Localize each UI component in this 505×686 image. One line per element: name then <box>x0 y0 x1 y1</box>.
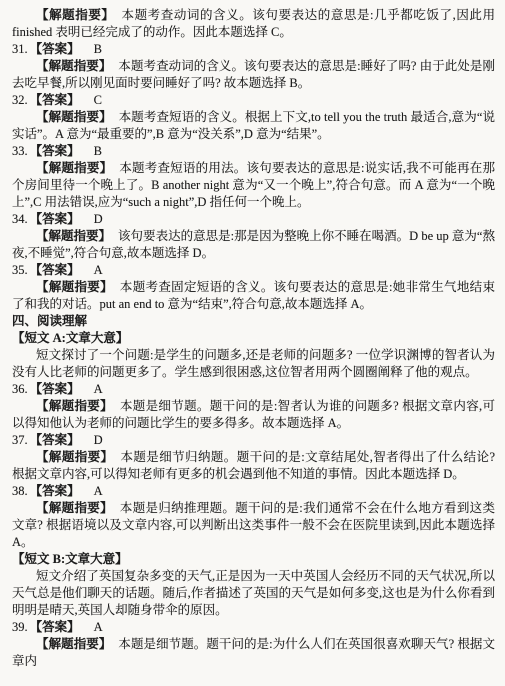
explanation-label: 【解题指要】 <box>36 8 115 22</box>
explanation-paragraph: 【解题指要】本题考查短语的含义。根据上下文,to tell you the tr… <box>12 109 495 143</box>
answer-label: 【答案】 <box>30 212 80 226</box>
explanation-label: 【解题指要】 <box>36 280 113 294</box>
explanation-label: 【解题指要】 <box>36 501 113 515</box>
section-heading: 四、阅读理解 <box>12 313 495 330</box>
answer-label: 【答案】 <box>30 620 80 634</box>
explanation-paragraph: 【解题指要】本题是细节题。题干问的是:智者认为谁的问题多? 根据文章内容,可以得… <box>12 398 495 432</box>
answer-letter: D <box>94 433 103 447</box>
explanation-label: 【解题指要】 <box>36 59 111 73</box>
explanation-paragraph: 【解题指要】该句要表达的意思是:那是因为整晚上你不睡在喝酒。D be up 意为… <box>12 228 495 262</box>
answer-number: 36. <box>12 382 28 396</box>
answer-line: 38.【答案】A <box>12 483 495 500</box>
answer-letter: B <box>94 42 102 56</box>
explanation-label: 【解题指要】 <box>36 450 113 464</box>
passage-a-heading: 【短文 A:文章大意】 <box>12 330 495 347</box>
explanation-paragraph: 【解题指要】本题是归纳推理题。题干问的是:我们通常不会在什么地方看到这类文章? … <box>12 500 495 551</box>
explanation-paragraph: 【解题指要】本题是细节题。题干问的是:为什么人们在英国很喜欢聊天气? 根据文章内 <box>12 636 495 670</box>
answer-letter: D <box>94 212 103 226</box>
answer-label: 【答案】 <box>30 144 80 158</box>
explanation-paragraph: 【解题指要】本题考查短语的用法。该句要表达的意思是:说实话,我不可能再在那个房间… <box>12 160 495 211</box>
answer-number: 31. <box>12 42 28 56</box>
answer-number: 34. <box>12 212 28 226</box>
explanation-paragraph: 【解题指要】本题考查固定短语的含义。该句要表达的意思是:她非常生气地结束了和我的… <box>12 279 495 313</box>
answer-letter: A <box>94 263 103 277</box>
passage-b-heading: 【短文 B:文章大意】 <box>12 551 495 568</box>
answer-line: 32.【答案】C <box>12 92 495 109</box>
answer-label: 【答案】 <box>30 42 80 56</box>
explanation-label: 【解题指要】 <box>36 637 111 651</box>
answer-number: 33. <box>12 144 28 158</box>
passage-b-summary: 短文介绍了英国复杂多变的天气,正是因为一天中英国人会经历不同的天气状况,所以天气… <box>12 568 495 619</box>
answer-number: 35. <box>12 263 28 277</box>
explanation-label: 【解题指要】 <box>36 399 113 413</box>
answer-line: 31.【答案】B <box>12 41 495 58</box>
answer-label: 【答案】 <box>30 93 80 107</box>
answer-label: 【答案】 <box>30 382 80 396</box>
answer-letter: A <box>94 620 103 634</box>
passage-a-summary: 短文探讨了一个问题:是学生的问题多,还是老师的问题多? 一位学识渊博的智者认为没… <box>12 347 495 381</box>
answer-number: 32. <box>12 93 28 107</box>
answer-number: 37. <box>12 433 28 447</box>
answer-line: 35.【答案】A <box>12 262 495 279</box>
summary-text: 短文介绍了英国复杂多变的天气,正是因为一天中英国人会经历不同的天气状况,所以天气… <box>12 569 495 617</box>
answer-letter: C <box>94 93 102 107</box>
explanation-label: 【解题指要】 <box>36 229 111 243</box>
answer-line: 33.【答案】B <box>12 143 495 160</box>
answer-line: 39.【答案】A <box>12 619 495 636</box>
summary-text: 短文探讨了一个问题:是学生的问题多,还是老师的问题多? 一位学识渊博的智者认为没… <box>12 348 495 379</box>
answer-line: 36.【答案】A <box>12 381 495 398</box>
answer-label: 【答案】 <box>30 484 80 498</box>
explanation-paragraph: 【解题指要】本题考查动词的含义。该句要表达的意思是:睡好了吗? 由于此处是刚去吃… <box>12 58 495 92</box>
answer-label: 【答案】 <box>30 433 80 447</box>
answer-letter: A <box>94 382 103 396</box>
answer-number: 38. <box>12 484 28 498</box>
answer-line: 34.【答案】D <box>12 211 495 228</box>
explanation-label: 【解题指要】 <box>36 110 112 124</box>
explanation-paragraph: 【解题指要】本题是细节归纳题。题干问的是:文章结尾处,智者得出了什么结论? 根据… <box>12 449 495 483</box>
explanation-paragraph: 【解题指要】本题考查动词的含义。该句要表达的意思是:几乎都吃饭了,因此用 fin… <box>12 7 495 41</box>
answer-letter: B <box>94 144 102 158</box>
answer-letter: A <box>94 484 103 498</box>
answer-label: 【答案】 <box>30 263 80 277</box>
answer-line: 37.【答案】D <box>12 432 495 449</box>
explanation-label: 【解题指要】 <box>36 161 112 175</box>
answer-number: 39. <box>12 620 28 634</box>
document-page: 【解题指要】本题考查动词的含义。该句要表达的意思是:几乎都吃饭了,因此用 fin… <box>0 0 505 686</box>
